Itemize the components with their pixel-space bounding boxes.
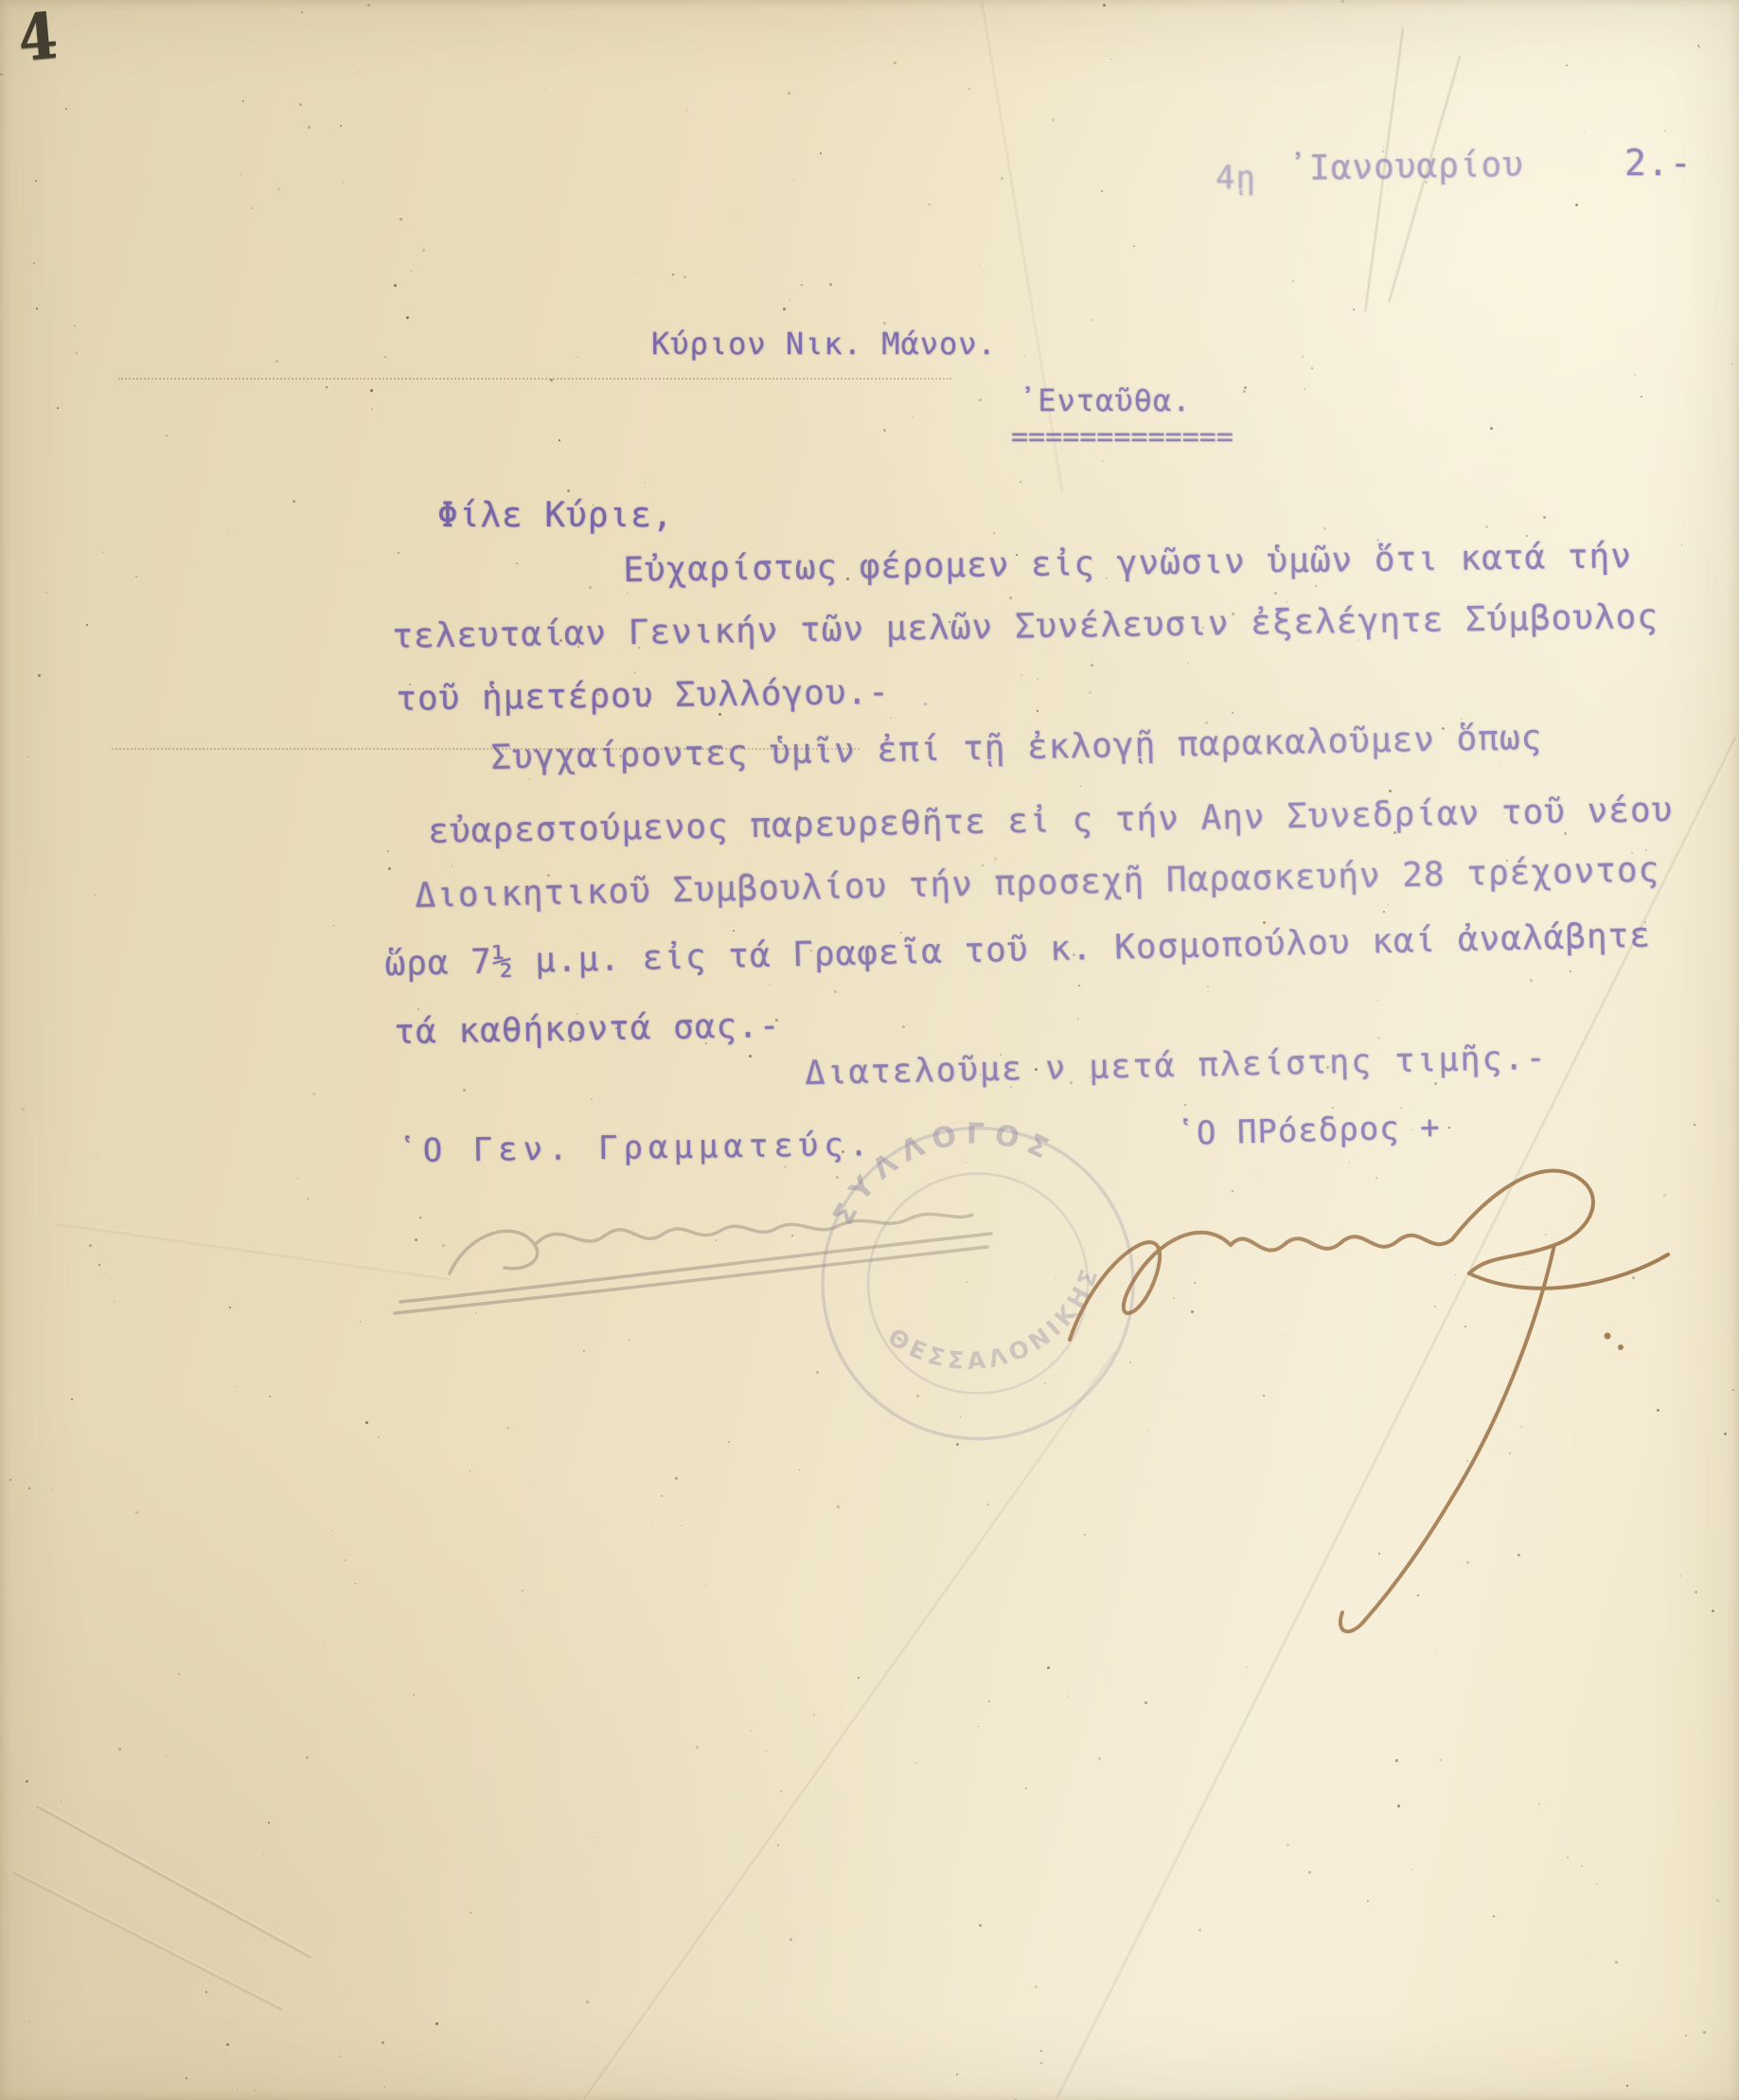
paper-speck <box>254 2090 256 2091</box>
paper-speck <box>916 1395 919 1397</box>
paper-speck <box>95 895 96 896</box>
paper-speck <box>1724 1433 1727 1435</box>
paper-speck <box>306 1756 309 1759</box>
paper-speck <box>929 204 931 205</box>
paper-speck <box>1417 1594 1419 1596</box>
body-line: τοῦ ἡμετέρου Συλλόγου.- <box>396 673 890 719</box>
paper-speck <box>635 669 636 670</box>
paper-speck <box>1332 1107 1334 1109</box>
paper-speck <box>1716 1899 1719 1902</box>
paper-speck <box>799 1469 800 1470</box>
scanned-letter-page: ΣΥΛΛΟΓΟΣ ΘΕΣΣΑΛΟΝΙΚΗΣ 4 4ῃ ᾿Ιανουαρίου <box>0 0 1739 2100</box>
paper-speck <box>98 1158 98 1159</box>
paper-speck <box>384 2087 385 2088</box>
paper-speck <box>894 62 896 64</box>
paper-speck <box>301 11 303 13</box>
paper-speck <box>1694 1124 1695 1126</box>
body-line: τά καθήκοντά σας.- <box>394 1006 781 1052</box>
paper-speck <box>103 552 104 553</box>
paper-speck <box>1566 64 1568 66</box>
paper-speck <box>586 2001 589 2003</box>
paper-speck <box>881 1421 882 1422</box>
body-line: τελευταίαν Γενικήν τῶν μελῶν Συνέλευσιν … <box>392 597 1659 656</box>
paper-speck <box>105 1272 106 1273</box>
paper-speck <box>1657 1409 1659 1412</box>
paper-speck <box>1147 1430 1148 1431</box>
paper-speck <box>452 865 452 866</box>
paper-speck <box>1697 44 1699 46</box>
paper-speck <box>634 672 635 673</box>
paper-speck <box>1695 1591 1697 1593</box>
paper-speck <box>1520 1426 1522 1428</box>
paper-speck <box>360 1321 362 1323</box>
paper-speck <box>883 322 886 325</box>
paper-speck <box>36 308 38 310</box>
paper-speck <box>696 1746 699 1749</box>
paper-speck <box>754 1933 755 1934</box>
paper-speck <box>378 1436 380 1438</box>
paper-speck <box>883 429 886 432</box>
secretary-signature <box>393 1179 999 1340</box>
paper-speck <box>475 1312 477 1314</box>
paper-crease <box>980 0 1065 493</box>
stamp-inner-ring <box>843 1148 1114 1419</box>
paper-speck <box>118 1748 121 1751</box>
paper-speck <box>1232 1190 1233 1192</box>
paper-speck <box>394 284 397 287</box>
paper-speck <box>1581 1865 1583 1867</box>
paper-speck <box>700 1572 701 1573</box>
place-underline: ============= <box>1011 420 1233 454</box>
paper-speck <box>516 562 518 564</box>
paper-speck <box>365 1421 368 1424</box>
paper-speck <box>829 283 832 286</box>
paper-speck <box>1150 1286 1151 1287</box>
paper-speck <box>0 73 3 76</box>
paper-speck <box>1717 1804 1718 1805</box>
paper-speck <box>1448 1127 1450 1129</box>
closing-line: Διατελοῦμε ν μετά πλείστης τιμῆς.- <box>805 1040 1548 1093</box>
paper-speck <box>149 186 150 187</box>
paper-speck <box>240 173 242 175</box>
date-day: 4ῃ <box>1216 159 1256 197</box>
paper-speck <box>1283 1334 1284 1335</box>
paper-speck <box>435 2022 438 2025</box>
paper-speck <box>1499 763 1499 764</box>
paper-speck <box>1103 4 1106 7</box>
body-line: Διοικητικοῦ Συμβουλίου τήν προσεχῆ Παρασ… <box>415 850 1660 916</box>
paper-speck <box>1636 1986 1637 1987</box>
paper-speck <box>788 92 790 95</box>
paper-speck <box>1584 131 1585 132</box>
paper-speck <box>1397 1805 1400 1807</box>
paper-speck <box>65 108 67 110</box>
paper-speck <box>89 1244 92 1247</box>
paper-speck <box>1274 592 1277 595</box>
paper-speck <box>577 357 578 358</box>
paper-speck <box>956 2073 958 2075</box>
paper-speck <box>567 489 570 492</box>
paper-speck <box>51 1489 52 1490</box>
paper-speck <box>1681 544 1682 545</box>
paper-speck <box>837 1505 840 1508</box>
paper-speck <box>683 276 686 278</box>
paper-speck <box>1731 363 1733 365</box>
paper-speck <box>1304 388 1305 390</box>
paper-speck <box>1311 367 1313 369</box>
paper-speck <box>956 1443 959 1446</box>
paper-speck <box>583 1350 585 1352</box>
paper-speck <box>1302 356 1304 358</box>
paper-speck <box>1383 911 1385 913</box>
paper-speck <box>766 1751 767 1752</box>
paper-speck <box>1292 280 1294 282</box>
paper-speck <box>333 925 334 926</box>
paper-speck <box>38 674 41 677</box>
paper-speck <box>1037 678 1038 680</box>
ink-speck <box>924 703 927 705</box>
paper-speck <box>326 386 328 388</box>
ink-speck <box>1232 712 1233 714</box>
paper-speck <box>1287 1843 1289 1846</box>
paper-speck <box>1434 1082 1437 1085</box>
paper-speck <box>1207 986 1209 988</box>
paper-speck <box>978 1726 979 1727</box>
paper-speck <box>293 500 295 503</box>
paper-speck <box>1698 46 1700 48</box>
paper-speck <box>1564 832 1567 835</box>
paper-speck <box>1044 1382 1046 1384</box>
paper-speck <box>968 673 969 674</box>
paper-speck <box>841 862 842 863</box>
paper-speck <box>1091 664 1093 667</box>
paper-speck <box>1341 0 1344 3</box>
round-society-stamp: ΣΥΛΛΟΓΟΣ ΘΕΣΣΑΛΟΝΙΚΗΣ <box>756 1056 1204 1510</box>
paper-speck <box>780 1790 782 1792</box>
paper-speck <box>1198 1929 1201 1931</box>
paper-speck <box>1040 2050 1042 2052</box>
paper-speck <box>392 1880 393 1881</box>
paper-speck <box>728 1441 730 1443</box>
paper-speck <box>28 2020 30 2022</box>
paper-speck <box>1025 1788 1027 1789</box>
ink-speck <box>1091 319 1092 321</box>
paper-speck <box>1465 1024 1466 1025</box>
ink-speck <box>406 169 407 170</box>
paper-speck <box>790 300 790 301</box>
paper-speck <box>330 1448 331 1449</box>
paper-speck <box>1035 1985 1038 1988</box>
paper-speck <box>33 262 35 264</box>
paper-speck <box>1485 525 1488 528</box>
paper-speck <box>269 1396 271 1397</box>
paper-speck <box>370 389 373 392</box>
paper-speck <box>1246 1666 1248 1668</box>
paper-speck <box>501 2029 502 2030</box>
paper-speck <box>589 586 592 589</box>
paper-speck <box>1641 905 1642 906</box>
paper-speck <box>178 1673 180 1675</box>
paper-speck <box>331 1530 332 1531</box>
date-year: 2.- <box>1624 142 1693 184</box>
paper-speck <box>890 717 892 719</box>
paper-speck <box>682 1525 683 1526</box>
paper-speck <box>1553 1106 1553 1107</box>
paper-speck <box>1641 396 1642 398</box>
paper-speck <box>307 1198 309 1200</box>
paper-speck <box>1375 1177 1377 1179</box>
paper-speck <box>277 187 280 190</box>
paper-speck <box>791 1235 793 1237</box>
paper-speck <box>1263 1395 1265 1397</box>
paper-speck <box>1098 1757 1101 1760</box>
paper-speck <box>1632 1276 1635 1279</box>
paper-speck <box>1436 1655 1437 1656</box>
paper-speck <box>74 325 76 327</box>
paper-speck <box>1323 527 1326 530</box>
paper-speck <box>1129 1361 1131 1363</box>
paper-speck <box>672 274 674 276</box>
paper-speck <box>358 71 360 73</box>
date-month: ᾿Ιανουαρίου <box>1287 146 1524 188</box>
paper-speck <box>1349 1163 1350 1164</box>
paper-speck <box>1522 1269 1523 1270</box>
paper-speck <box>545 89 546 90</box>
paper-speck <box>28 1487 30 1489</box>
paper-speck <box>323 1646 324 1646</box>
paper-speck <box>411 271 412 272</box>
paper-speck <box>1187 663 1188 664</box>
paper-speck <box>1509 1452 1511 1454</box>
paper-speck <box>1389 790 1392 792</box>
paper-speck <box>1411 1869 1412 1870</box>
paper-speck <box>914 1762 916 1764</box>
paper-speck <box>836 1176 839 1179</box>
paper-speck <box>382 2041 384 2044</box>
paper-speck <box>1055 1278 1056 1279</box>
paper-speck <box>1110 59 1111 60</box>
paper-speck <box>1009 596 1012 599</box>
paper-speck <box>1388 904 1389 905</box>
paper-speck <box>1089 691 1091 694</box>
paper-speck <box>1410 2005 1411 2006</box>
paper-speck <box>186 2077 187 2079</box>
paper-speck <box>275 360 278 363</box>
place-line: ᾿Ενταῦθα. <box>1019 383 1191 418</box>
ink-speck <box>912 416 914 418</box>
paper-speck <box>1037 710 1038 712</box>
paper-speck <box>834 990 837 993</box>
paper-speck <box>1080 497 1081 498</box>
paper-speck <box>1703 2031 1706 2034</box>
paper-speck <box>292 1946 293 1947</box>
paper-speck <box>339 2056 341 2057</box>
paper-speck <box>820 152 822 154</box>
paper-speck <box>994 858 997 861</box>
paper-speck <box>57 407 59 409</box>
paper-speck <box>777 1844 779 1846</box>
paper-speck <box>419 1217 421 1219</box>
paper-speck <box>312 1093 315 1095</box>
paper-speck <box>1575 204 1578 206</box>
ink-speck <box>586 938 587 939</box>
body-line: ὥρα 7½ μ.μ. εἰς τά Γραφεῖα τοῦ κ. Κοσμοπ… <box>384 917 1651 984</box>
paper-speck <box>1596 1883 1597 1884</box>
paper-speck <box>1466 1460 1468 1462</box>
paper-speck <box>7 311 8 312</box>
paper-speck <box>966 1281 967 1283</box>
paper-speck <box>27 756 28 757</box>
paper-speck <box>470 1912 471 1913</box>
paper-speck <box>1184 1104 1186 1106</box>
paper-speck <box>1343 133 1344 133</box>
paper-speck <box>793 179 794 180</box>
recipient-line: Κύριον Νικ. Μάνον. <box>651 326 997 362</box>
paper-speck <box>1387 188 1388 189</box>
paper-speck <box>1534 1566 1535 1567</box>
paper-speck <box>1664 130 1666 132</box>
paper-speck <box>686 110 687 111</box>
paper-speck <box>1604 1095 1605 1096</box>
paper-speck <box>415 1238 417 1241</box>
paper-speck <box>399 218 402 221</box>
paper-speck <box>135 1511 138 1514</box>
paper-speck <box>398 552 399 554</box>
paper-speck <box>813 1714 815 1716</box>
paper-speck <box>923 1150 924 1151</box>
paper-speck <box>299 103 302 106</box>
paper-speck <box>816 1371 819 1374</box>
paper-speck <box>522 1590 523 1592</box>
paper-speck <box>1377 1037 1380 1040</box>
paper-speck <box>71 1398 73 1400</box>
ink-speck <box>528 778 530 780</box>
paper-speck <box>229 1307 231 1308</box>
ink-speck <box>1020 481 1021 483</box>
paper-speck <box>1543 516 1546 519</box>
paper-speck <box>1367 1900 1369 1902</box>
president-title: ῾Ο ΠΡόεδρος + <box>1176 1109 1441 1153</box>
paper-speck <box>1545 1234 1547 1236</box>
paper-speck <box>76 352 78 354</box>
ink-speck <box>1505 454 1506 454</box>
paper-speck <box>114 1301 115 1303</box>
paper-speck <box>979 265 980 266</box>
paper-speck <box>345 1559 346 1561</box>
paper-speck <box>629 1339 630 1341</box>
paper-speck <box>661 1495 663 1497</box>
paper-speck <box>642 1524 643 1525</box>
paper-speck <box>242 100 244 102</box>
paper-speck <box>1466 1561 1469 1564</box>
paper-speck <box>597 1837 598 1838</box>
ink-speck <box>387 850 389 852</box>
svg-text:ΘΕΣΣΑΛΟΝΙΚΗΣ: ΘΕΣΣΑΛΟΝΙΚΗΣ <box>876 1255 1124 1401</box>
paper-speck <box>1626 2085 1628 2087</box>
paper-speck <box>226 2043 229 2046</box>
paper-speck <box>1377 1000 1378 1001</box>
paper-speck <box>1490 427 1493 430</box>
paper-speck <box>988 1700 990 1702</box>
paper-speck <box>26 1780 28 1783</box>
paper-speck <box>1084 1534 1086 1536</box>
paper-speck <box>422 249 425 252</box>
paper-speck <box>1567 1857 1569 1859</box>
paper-speck <box>61 1801 62 1802</box>
paper-speck <box>355 1583 356 1584</box>
paper-speck <box>1256 1176 1257 1177</box>
paper-speck <box>1024 355 1026 357</box>
paper-speck <box>1663 1194 1666 1197</box>
paper-speck <box>790 1938 792 1941</box>
paper-speck <box>1243 390 1246 393</box>
paper-speck <box>966 1162 967 1163</box>
paper-speck <box>1434 1306 1436 1308</box>
paper-speck <box>1101 190 1103 192</box>
paper-speck <box>342 181 344 183</box>
paper-speck <box>251 207 253 209</box>
paper-speck <box>1712 1610 1714 1612</box>
paper-speck <box>1244 386 1247 389</box>
paper-speck <box>1263 921 1266 924</box>
paper-speck <box>235 1386 236 1387</box>
paper-speck <box>1080 786 1081 787</box>
paper-speck <box>268 1822 270 1824</box>
paper-speck <box>979 399 982 401</box>
paper-speck <box>1127 1959 1127 1960</box>
paper-speck <box>801 284 803 286</box>
body-line: Εὐχαρίστως φέρομεν εἰς γνῶσιν ὑμῶν ὅτι κ… <box>623 537 1632 590</box>
paper-speck <box>1077 1018 1079 1020</box>
paper-speck <box>1434 767 1435 768</box>
paper-speck <box>739 216 740 217</box>
paper-speck <box>205 1991 207 1993</box>
paper-speck <box>166 1755 168 1757</box>
paper-speck <box>627 593 628 594</box>
president-signature <box>1041 1141 1695 1671</box>
corner-ink-mark: 4 <box>15 0 61 76</box>
paper-crease <box>56 1221 451 1281</box>
paper-speck <box>1526 535 1528 537</box>
paper-speck <box>1538 1803 1540 1805</box>
paper-speck <box>1194 1282 1196 1284</box>
paper-crease <box>12 1870 284 2012</box>
paper-speck <box>1493 1915 1495 1917</box>
paper-speck <box>1353 309 1355 311</box>
paper-speck <box>902 1025 905 1028</box>
paper-speck <box>733 930 735 932</box>
paper-speck <box>979 1924 982 1927</box>
paper-speck <box>98 1264 100 1266</box>
paper-speck <box>651 1522 652 1522</box>
paper-speck <box>1102 460 1104 462</box>
paper-speck <box>1052 118 1055 121</box>
paper-speck <box>704 1585 705 1586</box>
paper-speck <box>1040 2062 1042 2064</box>
paper-speck <box>715 1239 717 1241</box>
paper-speck <box>417 1008 419 1010</box>
paper-speck <box>987 1504 989 1505</box>
paper-speck <box>22 1108 25 1111</box>
paper-speck <box>783 308 786 311</box>
paper-speck <box>1191 1310 1194 1313</box>
faint-ruled-line <box>118 378 951 380</box>
paper-speck <box>442 1244 445 1247</box>
paper-speck <box>470 1470 470 1471</box>
paper-speck <box>297 1178 298 1179</box>
paper-speck <box>308 126 311 129</box>
paper-speck <box>1455 1274 1456 1275</box>
